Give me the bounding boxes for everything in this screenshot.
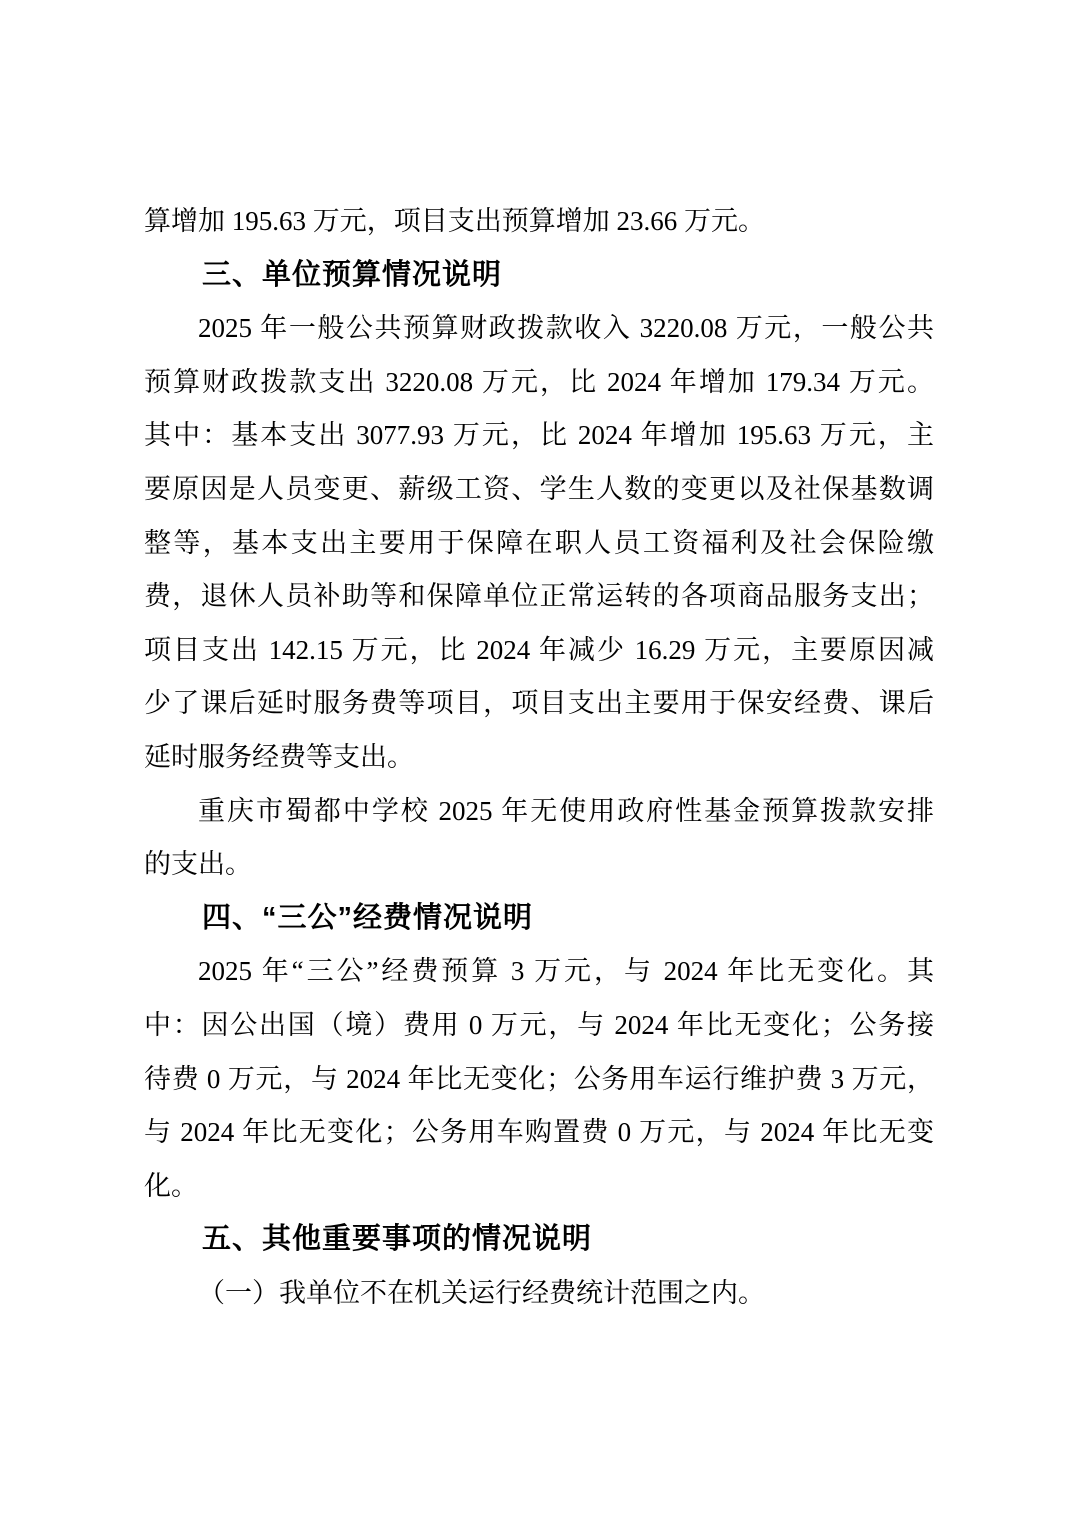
paragraph-line: 其中：基本支出 3077.93 万元，比 2024 年增加 195.63 万元，… — [144, 409, 934, 463]
paragraph-line: 重庆市蜀都中学校 2025 年无使用政府性基金预算拨款安排 — [144, 785, 934, 839]
paragraph-line: 预算财政拨款支出 3220.08 万元，比 2024 年增加 179.34 万元… — [144, 356, 934, 410]
section-heading: 三、单位预算情况说明 — [144, 249, 934, 303]
paragraph-line: 延时服务经费等支出。 — [144, 731, 934, 785]
paragraph-line: 少了课后延时服务费等项目，项目支出主要用于保安经费、课后 — [144, 677, 934, 731]
paragraph-line: 算增加 195.63 万元，项目支出预算增加 23.66 万元。 — [144, 195, 934, 249]
paragraph-line: 项目支出 142.15 万元，比 2024 年减少 16.29 万元，主要原因减 — [144, 624, 934, 678]
paragraph-line: 中：因公出国（境）费用 0 万元，与 2024 年比无变化；公务接 — [144, 999, 934, 1053]
document-page: 算增加 195.63 万元，项目支出预算增加 23.66 万元。 三、单位预算情… — [0, 0, 1074, 1520]
paragraph-line: 2025 年一般公共预算财政拨款收入 3220.08 万元，一般公共 — [144, 302, 934, 356]
paragraph-line: 整等，基本支出主要用于保障在职人员工资福利及社会保险缴 — [144, 517, 934, 571]
paragraph-line: 要原因是人员变更、薪级工资、学生人数的变更以及社保基数调 — [144, 463, 934, 517]
paragraph-line: 的支出。 — [144, 838, 934, 892]
paragraph-line: 化。 — [144, 1160, 934, 1214]
section-heading: 四、“三公”经费情况说明 — [144, 892, 934, 946]
paragraph-line: 费，退休人员补助等和保障单位正常运转的各项商品服务支出； — [144, 570, 934, 624]
paragraph-line: 2025 年“三公”经费预算 3 万元，与 2024 年比无变化。其 — [144, 945, 934, 999]
paragraph-line: 待费 0 万元，与 2024 年比无变化；公务用车运行维护费 3 万元， — [144, 1053, 934, 1107]
document-body: 算增加 195.63 万元，项目支出预算增加 23.66 万元。 三、单位预算情… — [144, 195, 934, 1320]
paragraph-line: （一）我单位不在机关运行经费统计范围之内。 — [144, 1267, 934, 1321]
section-heading: 五、其他重要事项的情况说明 — [144, 1213, 934, 1267]
paragraph-line: 与 2024 年比无变化；公务用车购置费 0 万元，与 2024 年比无变 — [144, 1106, 934, 1160]
